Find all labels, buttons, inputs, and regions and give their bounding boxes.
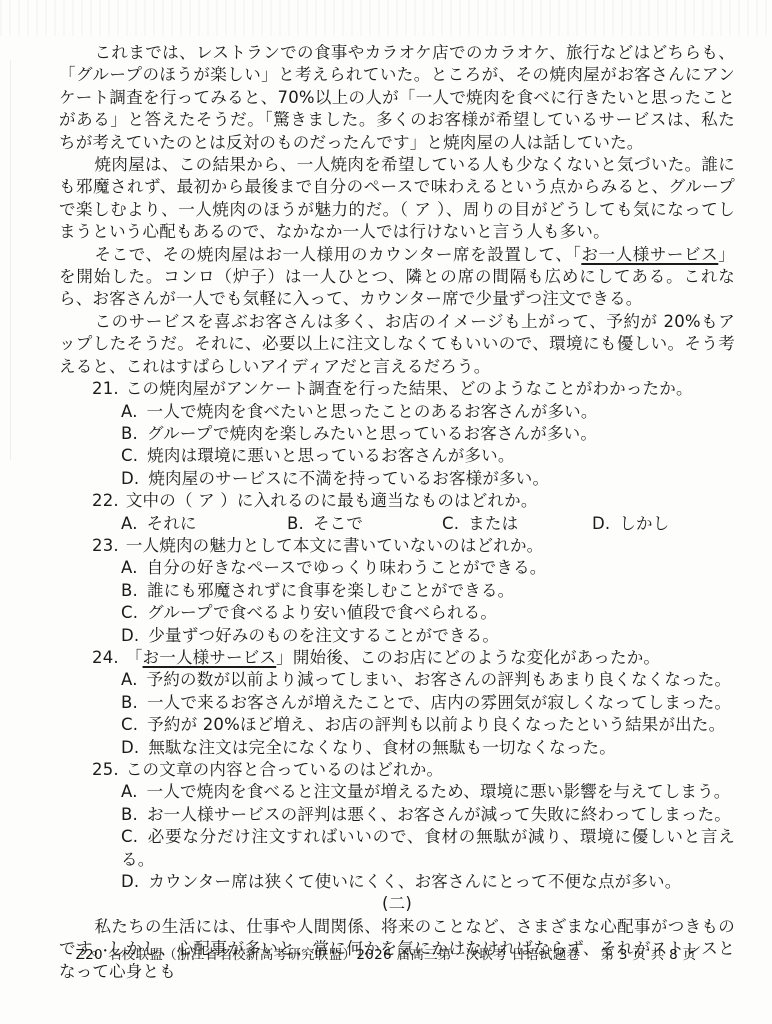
option-text: 少量ずつ好みのものを注文することができる。	[148, 626, 499, 645]
option-label: B.	[121, 424, 138, 443]
footer-exam-title: 名校联盟（浙江省名校新高考研究联盟）2026 届高三第一次联考 日语试题卷	[108, 947, 581, 963]
question-number: 22.	[92, 491, 119, 510]
question-21: 21.この焼肉屋がアンケート調査を行った結果、どのようなことがわかったか。 A.…	[59, 378, 735, 490]
option-text: 予約の数が以前より減ってしまい、お客さんの評判もあまり良くなくなった。	[147, 670, 732, 689]
option-label: D.	[121, 626, 139, 645]
paragraph-text: 焼肉屋は、この結果から、一人焼肉を希望している人も少なくないと気づいた。誰にも邪…	[59, 155, 735, 241]
underlined-term: お一人様サービス	[143, 648, 277, 667]
option-label: A.	[121, 514, 138, 533]
scan-noise-artifact	[0, 0, 772, 36]
question-25-option-b: B.お一人様サービスの評判は悪く、お客さんが減って失敗に終わってしまった。	[121, 804, 735, 826]
paragraph-text: そこで、その焼肉屋はお一人様用のカウンター席を設置して、「	[94, 245, 581, 264]
option-text: 予約が 20%ほど増え、お店の評判も以前より良くなったという結果が出た。	[147, 715, 725, 734]
question-23-option-b: B.誰にも邪魔されずに食事を楽しむことができる。	[121, 580, 735, 602]
question-21-option-b: B.グループで焼肉を楽しみたいと思っているお客さんが多い。	[121, 423, 735, 445]
question-23-option-a: A.自分の好きなペースでゆっくり味わうことができる。	[121, 557, 735, 579]
option-label: A.	[121, 782, 138, 801]
option-text: グループで焼肉を楽しみたいと思っているお客さんが多い。	[147, 424, 597, 443]
option-label: D.	[121, 738, 139, 757]
question-24-option-c: C.予約が 20%ほど増え、お店の評判も以前より良くなったという結果が出た。	[121, 714, 735, 736]
exam-paper-page: これまでは、レストランでの食事やカラオケ店でのカラオケ、旅行などはどちらも、「グ…	[0, 0, 772, 1024]
section-2-header: (二)	[59, 893, 735, 915]
option-text: そこで	[313, 514, 363, 533]
question-23-option-c: C.グループで食べるより安い値段で食べられる。	[121, 602, 735, 624]
exam-content: これまでは、レストランでの食事やカラオケ店でのカラオケ、旅行などはどちらも、「グ…	[59, 42, 735, 983]
question-25: 25.この文章の内容と合っているのはどれか。 A.一人で焼肉を食べると注文量が増…	[59, 759, 735, 893]
question-stem-text: この文章の内容と合っているのはどれか。	[126, 760, 443, 779]
question-stem-text: この焼肉屋がアンケート調査を行った結果、どのようなことがわかったか。	[126, 379, 693, 398]
option-text: お一人様サービスの評判は悪く、お客さんが減って失敗に終わってしまった。	[147, 805, 731, 824]
question-21-option-d: D.焼肉屋のサービスに不満を持っているお客様が多い。	[121, 468, 735, 490]
option-text: それに	[147, 514, 197, 533]
question-22-option-c: C.または	[442, 513, 592, 535]
option-label: A.	[121, 670, 138, 689]
option-text: しかし	[619, 514, 669, 533]
question-stem-text: 文中の（ ア ）に入れるのに最も適当なものはどれか。	[126, 491, 538, 510]
question-25-option-a: A.一人で焼肉を食べると注文量が増えるため、環境に悪い影響を与えてしまう。	[121, 781, 735, 803]
question-number: 21.	[92, 379, 119, 398]
option-text: 焼肉屋のサービスに不満を持っているお客様が多い。	[148, 469, 549, 488]
question-22: 22.文中の（ ア ）に入れるのに最も適当なものはどれか。 A.それに B.そこ…	[59, 490, 735, 535]
question-24-option-b: B.一人で来るお客さんが増えたことで、店内の雰囲気が寂しくなってしまった。	[121, 692, 735, 714]
passage1-paragraph-3: そこで、その焼肉屋はお一人様用のカウンター席を設置して、「お一人様サービス」を開…	[59, 244, 735, 311]
passage1-paragraph-1: これまでは、レストランでの食事やカラオケ店でのカラオケ、旅行などはどちらも、「グ…	[59, 42, 735, 154]
question-22-option-d: D.しかし	[592, 513, 669, 535]
option-text: または	[468, 514, 518, 533]
option-label: D.	[121, 469, 139, 488]
question-number: 24.	[92, 648, 119, 667]
question-21-stem: 21.この焼肉屋がアンケート調査を行った結果、どのようなことがわかったか。	[92, 378, 735, 400]
question-22-option-a: A.それに	[121, 513, 287, 535]
paragraph-text: このサービスを喜ぶお客さんは多く、お店のイメージも上がって、予約が 20%もアッ…	[59, 312, 735, 376]
question-23-stem: 23.一人焼肉の魅力として本文に書いていないのはどれか。	[92, 535, 735, 557]
option-label: D.	[592, 514, 610, 533]
option-label: C.	[121, 827, 138, 846]
option-label: C.	[121, 715, 138, 734]
option-label: A.	[121, 558, 138, 577]
scan-edge-artifact	[10, 60, 11, 460]
option-label: D.	[121, 872, 139, 891]
option-label: C.	[121, 446, 138, 465]
passage1-paragraph-4: このサービスを喜ぶお客さんは多く、お店のイメージも上がって、予約が 20%もアッ…	[59, 311, 735, 378]
question-24: 24.「お一人様サービス」開始後、このお店にどのような変化があったか。 A.予約…	[59, 647, 735, 759]
option-label: B.	[121, 805, 138, 824]
question-number: 25.	[92, 760, 119, 779]
option-label: B.	[287, 514, 304, 533]
option-text: カウンター席は狭くて使いにくく、お客さんにとって不便な点が多い。	[148, 872, 681, 891]
option-text: 一人で焼肉を食べると注文量が増えるため、環境に悪い影響を与えてしまう。	[147, 782, 731, 801]
question-25-option-c: C.必要な分だけ注文すればいいので、食材の無駄が減り、環境に優しいと言える。	[121, 826, 735, 871]
question-21-option-c: C.焼肉は環境に悪いと思っているお客さんが多い。	[121, 445, 735, 467]
option-text: 焼肉は環境に悪いと思っているお客さんが多い。	[147, 446, 514, 465]
question-24-option-a: A.予約の数が以前より減ってしまい、お客さんの評判もあまり良くなくなった。	[121, 669, 735, 691]
option-text: 誰にも邪魔されずに食事を楽しむことができる。	[147, 581, 514, 600]
option-label: C.	[121, 603, 138, 622]
option-label: B.	[121, 581, 138, 600]
question-22-option-b: B.そこで	[287, 513, 442, 535]
option-label: C.	[442, 514, 459, 533]
option-label: B.	[121, 693, 138, 712]
question-24-option-d: D.無駄な注文は完全になくなり、食材の無駄も一切なくなった。	[121, 737, 735, 759]
footer-page-number: 第 3 页 共 8 页	[600, 947, 696, 963]
option-text: 無駄な注文は完全になくなり、食材の無駄も一切なくなった。	[148, 738, 616, 757]
option-label: A.	[121, 402, 138, 421]
question-24-stem: 24.「お一人様サービス」開始後、このお店にどのような変化があったか。	[92, 647, 735, 669]
question-stem-text: 一人焼肉の魅力として本文に書いていないのはどれか。	[126, 536, 544, 555]
option-text: 一人で来るお客さんが増えたことで、店内の雰囲気が寂しくなってしまった。	[147, 693, 731, 712]
question-25-stem: 25.この文章の内容と合っているのはどれか。	[92, 759, 735, 781]
question-number: 23.	[92, 536, 119, 555]
paragraph-text: これまでは、レストランでの食事やカラオケ店でのカラオケ、旅行などはどちらも、「グ…	[59, 43, 735, 152]
question-21-option-a: A.一人で焼肉を食べたいと思ったことのあるお客さんが多い。	[121, 401, 735, 423]
option-text: 一人で焼肉を食べたいと思ったことのあるお客さんが多い。	[147, 402, 598, 421]
question-stem-text: 」開始後、このお店にどのような変化があったか。	[276, 648, 660, 667]
question-stem-text: 「	[126, 648, 143, 667]
question-23-option-d: D.少量ずつ好みのものを注文することができる。	[121, 625, 735, 647]
option-text: 必要な分だけ注文すればいいので、食材の無駄が減り、環境に優しいと言える。	[121, 827, 735, 868]
underlined-term: お一人様サービス	[581, 245, 718, 264]
question-25-option-d: D.カウンター席は狭くて使いにくく、お客さんにとって不便な点が多い。	[121, 871, 735, 893]
option-text: 自分の好きなペースでゆっくり味わうことができる。	[147, 558, 547, 577]
question-23: 23.一人焼肉の魅力として本文に書いていないのはどれか。 A.自分の好きなペース…	[59, 535, 735, 647]
option-text: グループで食べるより安い値段で食べられる。	[147, 603, 497, 622]
footer-brand: Z20	[76, 947, 103, 963]
passage1-paragraph-2: 焼肉屋は、この結果から、一人焼肉を希望している人も少なくないと気づいた。誰にも邪…	[59, 154, 735, 244]
page-footer: Z20•名校联盟（浙江省名校新高考研究联盟）2026 届高三第一次联考 日语试题…	[0, 943, 772, 963]
question-22-stem: 22.文中の（ ア ）に入れるのに最も適当なものはどれか。	[92, 490, 735, 512]
question-22-options-row: A.それに B.そこで C.または D.しかし	[121, 513, 735, 535]
